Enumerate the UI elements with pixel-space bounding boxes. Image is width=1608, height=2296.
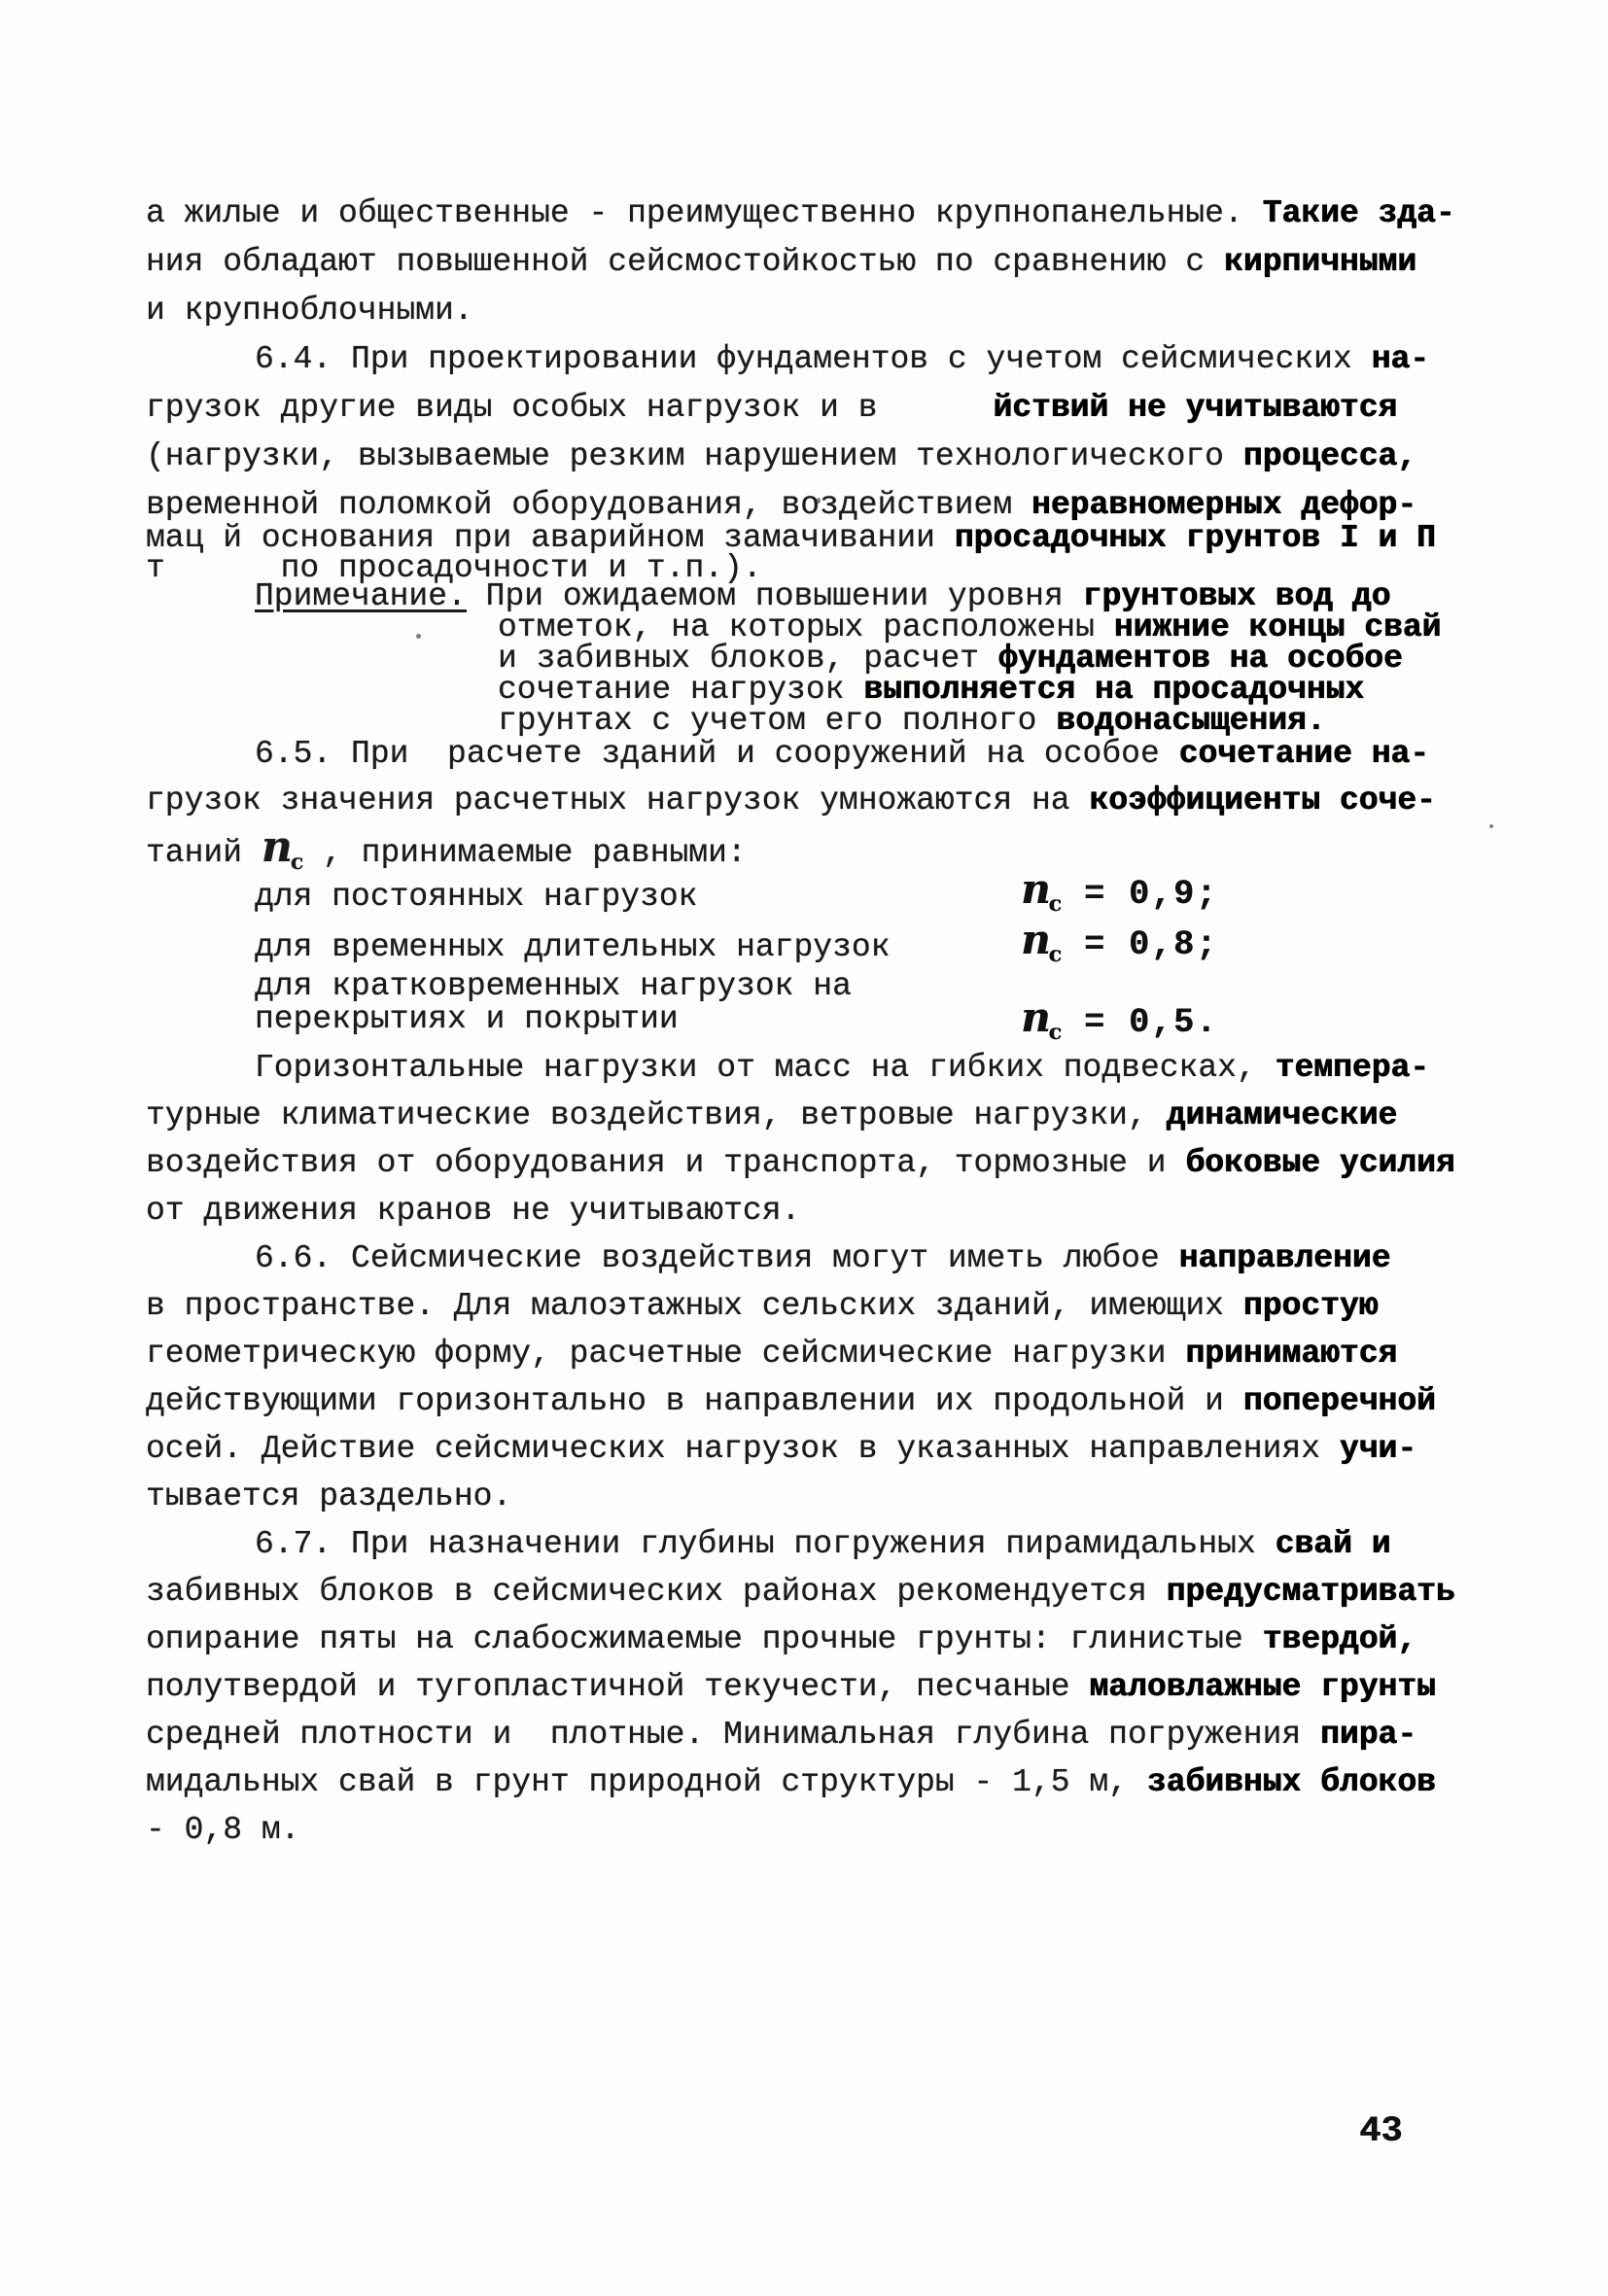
text-line: тывается раздельно.	[146, 1473, 1455, 1520]
note-heading: Примечание.	[255, 578, 467, 614]
line-text: опирание пяты на слабосжимаемые прочные …	[146, 1621, 1263, 1657]
line-text: временной поломкой оборудования, воздейс…	[146, 487, 1031, 523]
line-text: 6.6. Сейсмические воздействия могут имет…	[255, 1240, 1179, 1276]
line-text-bold: процесса,	[1243, 438, 1416, 474]
line-text: - 0,8 м.	[146, 1812, 299, 1848]
coefficient-label: для постоянных нагрузок	[146, 873, 697, 922]
line-text: 6.5. При расчете зданий и сооружений на …	[255, 736, 1179, 772]
coefficient-value-permanent: nc = 0,9;	[1021, 865, 1218, 914]
nc-symbol: n	[262, 822, 291, 872]
text-line: в пространстве. Для малоэтажных сельских…	[146, 1282, 1455, 1330]
page-number: 43	[1359, 2111, 1402, 2152]
line-text-bold: твердой,	[1263, 1621, 1416, 1657]
line-text: от движения кранов не учитываются.	[146, 1193, 800, 1229]
line-text: перекрытиях и покрытии	[255, 1001, 679, 1037]
line-text: (нагрузки, вызываемые резким нарушением …	[146, 438, 1243, 474]
line-text: геометрическую форму, расчетные сейсмиче…	[146, 1336, 1185, 1372]
line-text-bold: на-	[1372, 341, 1429, 377]
nc-subscript: c	[1049, 942, 1062, 967]
paragraph-6-5: 6.5. При расчете зданий и сооружений на …	[146, 731, 1436, 871]
text-line: турные климатические воздействия, ветров…	[146, 1092, 1455, 1139]
coefficient-number: = 0,8;	[1062, 925, 1218, 964]
text-line: и забивных блоков, расчет фундаментов на…	[146, 644, 1441, 675]
coefficient-label: для кратковременных нагрузок на	[146, 970, 852, 1003]
text-line: (нагрузки, вызываемые резким нарушением …	[146, 433, 1429, 481]
line-text: турные климатические воздействия, ветров…	[146, 1097, 1167, 1133]
text-line: 6.4. При проектировании фундаментов с уч…	[146, 335, 1429, 384]
line-text-bold: просадочных грунтов I и П	[955, 520, 1436, 556]
text-line: и крупноблочными.	[146, 287, 1455, 335]
text-line: грузок значения расчетных нагрузок умнож…	[146, 778, 1436, 824]
line-text: для кратковременных нагрузок на	[255, 968, 852, 1004]
scan-speck	[1489, 824, 1493, 828]
text-line: геометрическую форму, расчетные сейсмиче…	[146, 1330, 1455, 1377]
text-line: - 0,8 м.	[146, 1806, 1455, 1854]
nc-subscript: c	[291, 850, 303, 875]
line-text-bold: забивных блоков	[1147, 1764, 1436, 1800]
line-text-bold: йствий не учитываются	[993, 390, 1397, 426]
line-text: воздействия от оборудования и транспорта…	[146, 1145, 1185, 1181]
coefficient-label: перекрытиях и покрытии	[146, 1003, 852, 1036]
line-text-bold: неравномерных дефор-	[1031, 487, 1416, 523]
nc-symbol: n	[1021, 865, 1049, 913]
text-line: 6.7. При назначении глубины погружения п…	[146, 1520, 1455, 1568]
line-text: и крупноблочными.	[146, 293, 473, 329]
line-text: ния обладают повышенной сейсмостойкостью…	[146, 244, 1224, 280]
line-text: для постоянных нагрузок	[255, 879, 697, 915]
line-text-bold: темпера-	[1276, 1050, 1429, 1086]
line-text-bold: поперечной	[1243, 1383, 1436, 1419]
text-line: 6.6. Сейсмические воздействия могут имет…	[146, 1235, 1455, 1282]
scan-speck	[817, 498, 821, 504]
text-line: опирание пяты на слабосжимаемые прочные …	[146, 1616, 1455, 1663]
line-text-bold: боковые усилия	[1185, 1145, 1454, 1181]
text-line: мидальных свай в грунт природной структу…	[146, 1758, 1455, 1806]
line-text: тывается раздельно.	[146, 1478, 511, 1514]
coefficient-row-shortterm: для кратковременных нагрузок на перекрыт…	[146, 970, 852, 1036]
text-line: воздействия от оборудования и транспорта…	[146, 1139, 1455, 1187]
text-line: 6.5. При расчете зданий и сооружений на …	[146, 731, 1436, 778]
nc-subscript: c	[1049, 891, 1062, 917]
nc-symbol: n	[1021, 993, 1049, 1041]
note-block: Примечание. При ожидаемом повышении уров…	[146, 581, 1441, 737]
line-text: действующими горизонтально в направлении…	[146, 1383, 1243, 1419]
line-text: в пространстве. Для малоэтажных сельских…	[146, 1288, 1243, 1324]
line-text: , принимаемые равными:	[303, 835, 746, 871]
text-line: а жилые и общественные - преимущественно…	[146, 190, 1455, 238]
line-text-bold: направление	[1179, 1240, 1391, 1276]
coefficient-number: = 0,5.	[1062, 1003, 1218, 1042]
text-line: средней плотности и плотные. Минимальная…	[146, 1711, 1455, 1758]
line-text-bold: предусматривать	[1167, 1574, 1455, 1610]
paragraph-6-4: 6.4. При проектировании фундаментов с уч…	[146, 335, 1429, 530]
line-text-bold: учи-	[1340, 1431, 1416, 1467]
text-line: сочетание нагрузок выполняется на просад…	[146, 675, 1441, 706]
line-text-bold: динамические	[1167, 1097, 1398, 1133]
line-text-bold: коэффициенты соче-	[1089, 783, 1435, 818]
line-text: 6.7. При назначении глубины погружения п…	[255, 1526, 1276, 1562]
line-text: таний	[146, 835, 262, 871]
text-line: забивных блоков в сейсмических районах р…	[146, 1568, 1455, 1616]
line-text-bold: кирпичными	[1224, 244, 1416, 280]
line-text: а жилые и общественные - преимущественно…	[146, 195, 1263, 231]
coefficient-value-shortterm: nc = 0,5.	[1021, 993, 1218, 1042]
coefficient-row-permanent: для постоянных нагрузок	[146, 873, 697, 922]
scanned-document-page: а жилые и общественные - преимущественно…	[0, 0, 1608, 2296]
line-text: Горизонтальные нагрузки от масс на гибки…	[255, 1050, 1276, 1086]
text-line: грузок другие виды особых нагрузок и в й…	[146, 384, 1429, 433]
scan-speck	[416, 634, 421, 639]
nc-subscript: c	[1049, 1020, 1062, 1045]
line-text-bold: простую	[1243, 1288, 1379, 1324]
paragraphs-lower: Горизонтальные нагрузки от масс на гибки…	[146, 1044, 1455, 1854]
line-text-bold: свай и	[1276, 1526, 1391, 1562]
text-line: от движения кранов не учитываются.	[146, 1187, 1455, 1235]
coefficient-number: = 0,9;	[1062, 875, 1218, 914]
paragraph-intro: а жилые и общественные - преимущественно…	[146, 190, 1455, 335]
text-line: мац й основания при аварийном замачивани…	[146, 523, 1436, 553]
line-text-bold: маловлажные грунты	[1089, 1669, 1435, 1705]
coefficient-value-temporary: nc = 0,8;	[1021, 916, 1218, 964]
line-text-bold: Такие зда-	[1263, 195, 1455, 231]
line-text: забивных блоков в сейсмических районах р…	[146, 1574, 1167, 1610]
line-text-bold: принимаются	[1185, 1336, 1397, 1372]
line-text: мидальных свай в грунт природной структу…	[146, 1764, 1147, 1800]
paragraph-6-4-continued: мац й основания при аварийном замачивани…	[146, 523, 1436, 583]
nc-symbol: n	[1021, 916, 1049, 963]
line-text: полутвердой и тугопластичной текучести, …	[146, 1669, 1089, 1705]
coefficient-row-temporary: для временных длительных нагрузок	[146, 923, 891, 972]
line-text: для временных длительных нагрузок	[255, 929, 891, 965]
line-text-bold: сочетание на-	[1179, 736, 1429, 772]
text-line: полутвердой и тугопластичной текучести, …	[146, 1663, 1455, 1711]
line-text: грузок другие виды особых нагрузок и в	[146, 390, 993, 426]
line-text-bold: пира-	[1320, 1717, 1416, 1753]
line-text: средней плотности и плотные. Минимальная…	[146, 1717, 1320, 1753]
text-line: отметок, на которых расположены нижние к…	[146, 612, 1441, 644]
text-line-coefficient-intro: таний nc , принимаемые равными:	[146, 824, 1436, 871]
text-line: ния обладают повышенной сейсмостойкостью…	[146, 238, 1455, 287]
line-text: 6.4. При проектировании фундаментов с уч…	[255, 341, 1372, 377]
coefficient-label: для временных длительных нагрузок	[146, 923, 891, 972]
text-line: Примечание. При ожидаемом повышении уров…	[146, 581, 1441, 612]
text-line: действующими горизонтально в направлении…	[146, 1377, 1455, 1425]
line-text: осей. Действие сейсмических нагрузок в у…	[146, 1431, 1340, 1467]
text-line: Горизонтальные нагрузки от масс на гибки…	[146, 1044, 1455, 1092]
line-text: грузок значения расчетных нагрузок умнож…	[146, 783, 1089, 818]
text-line: осей. Действие сейсмических нагрузок в у…	[146, 1425, 1455, 1473]
